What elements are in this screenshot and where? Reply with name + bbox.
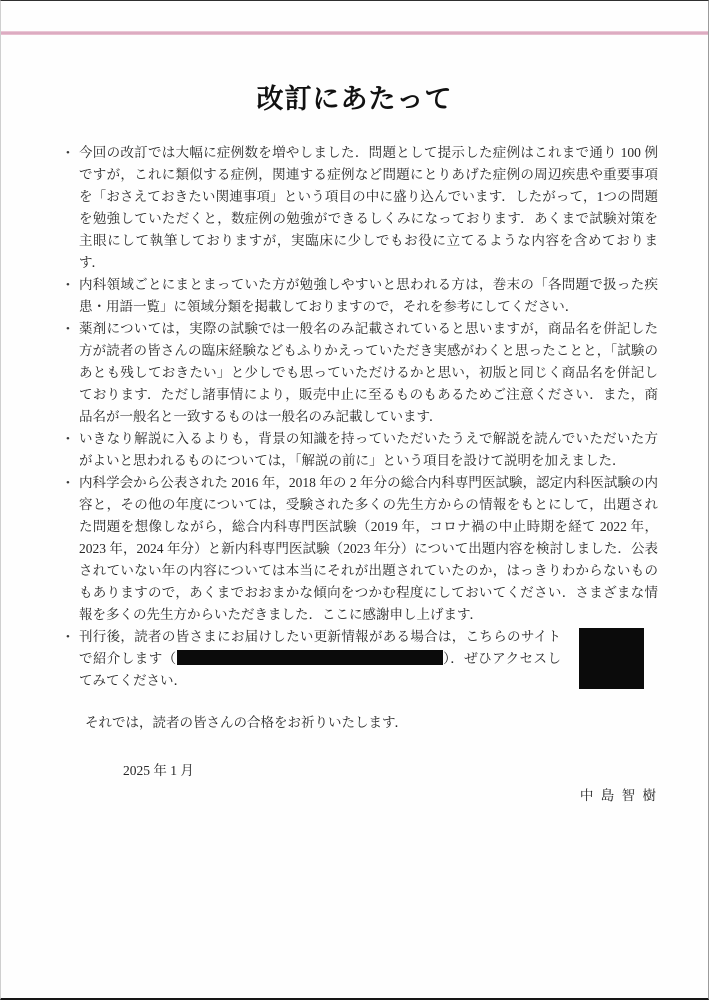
publication-date: 2025 年 1 月: [79, 760, 658, 782]
bullet-text: 内科領域ごとにまとまっていた方が勉強しやすいと思われる方は，巻末の「各問題で扱っ…: [79, 277, 658, 314]
bullet-dot-icon: •: [66, 318, 70, 340]
preface-bullet-5: • 内科学会から公表された 2016 年，2018 年の 2 年分の総合内科専門…: [79, 472, 658, 626]
bullet-dot-icon: •: [66, 472, 70, 494]
bullet-text: いきなり解説に入るよりも，背景の知識を持っていただいたうえで解説を読んでいただい…: [79, 431, 658, 468]
bullet-text: 薬剤については，実際の試験では一般名のみ記載されていると思いますが，商品名を併記…: [79, 321, 658, 424]
page-title: 改訂にあたって: [1, 83, 708, 115]
preface-bullet-3: • 薬剤については，実際の試験では一般名のみ記載されていると思いますが，商品名を…: [79, 318, 658, 428]
preface-bullet-6: • 刊行後，読者の皆さまにお届けしたい更新情報がある場合は，こちらのサイトで紹介…: [79, 626, 658, 692]
redacted-qr-square: [579, 628, 644, 689]
preface-bullet-4: • いきなり解説に入るよりも，背景の知識を持っていただいたうえで解説を読んでいた…: [79, 428, 658, 472]
book-preface-page: 改訂にあたって • 今回の改訂では大幅に症例数を増やしました．問題として提示した…: [0, 0, 709, 1000]
closing-line: それでは，読者の皆さんの合格をお祈りいたします．: [79, 712, 658, 734]
bullet-dot-icon: •: [66, 274, 70, 296]
bullet-text: 今回の改訂では大幅に症例数を増やしました．問題として提示した症例はこれまで通り …: [79, 145, 658, 270]
bullet-dot-icon: •: [66, 626, 70, 648]
top-accent-rule: [1, 31, 708, 35]
bullet-dot-icon: •: [66, 428, 70, 450]
bullet-text: 内科学会から公表された 2016 年，2018 年の 2 年分の総合内科専門医試…: [79, 475, 658, 622]
preface-body: • 今回の改訂では大幅に症例数を増やしました．問題として提示した症例はこれまで通…: [79, 142, 658, 807]
preface-bullet-1: • 今回の改訂では大幅に症例数を増やしました．問題として提示した症例はこれまで通…: [79, 142, 658, 274]
author-name: 中 島 智 樹: [79, 785, 658, 807]
bullet-dot-icon: •: [66, 142, 70, 164]
preface-bullet-2: • 内科領域ごとにまとまっていた方が勉強しやすいと思われる方は，巻末の「各問題で…: [79, 274, 658, 318]
redacted-url-bar: [177, 650, 443, 665]
